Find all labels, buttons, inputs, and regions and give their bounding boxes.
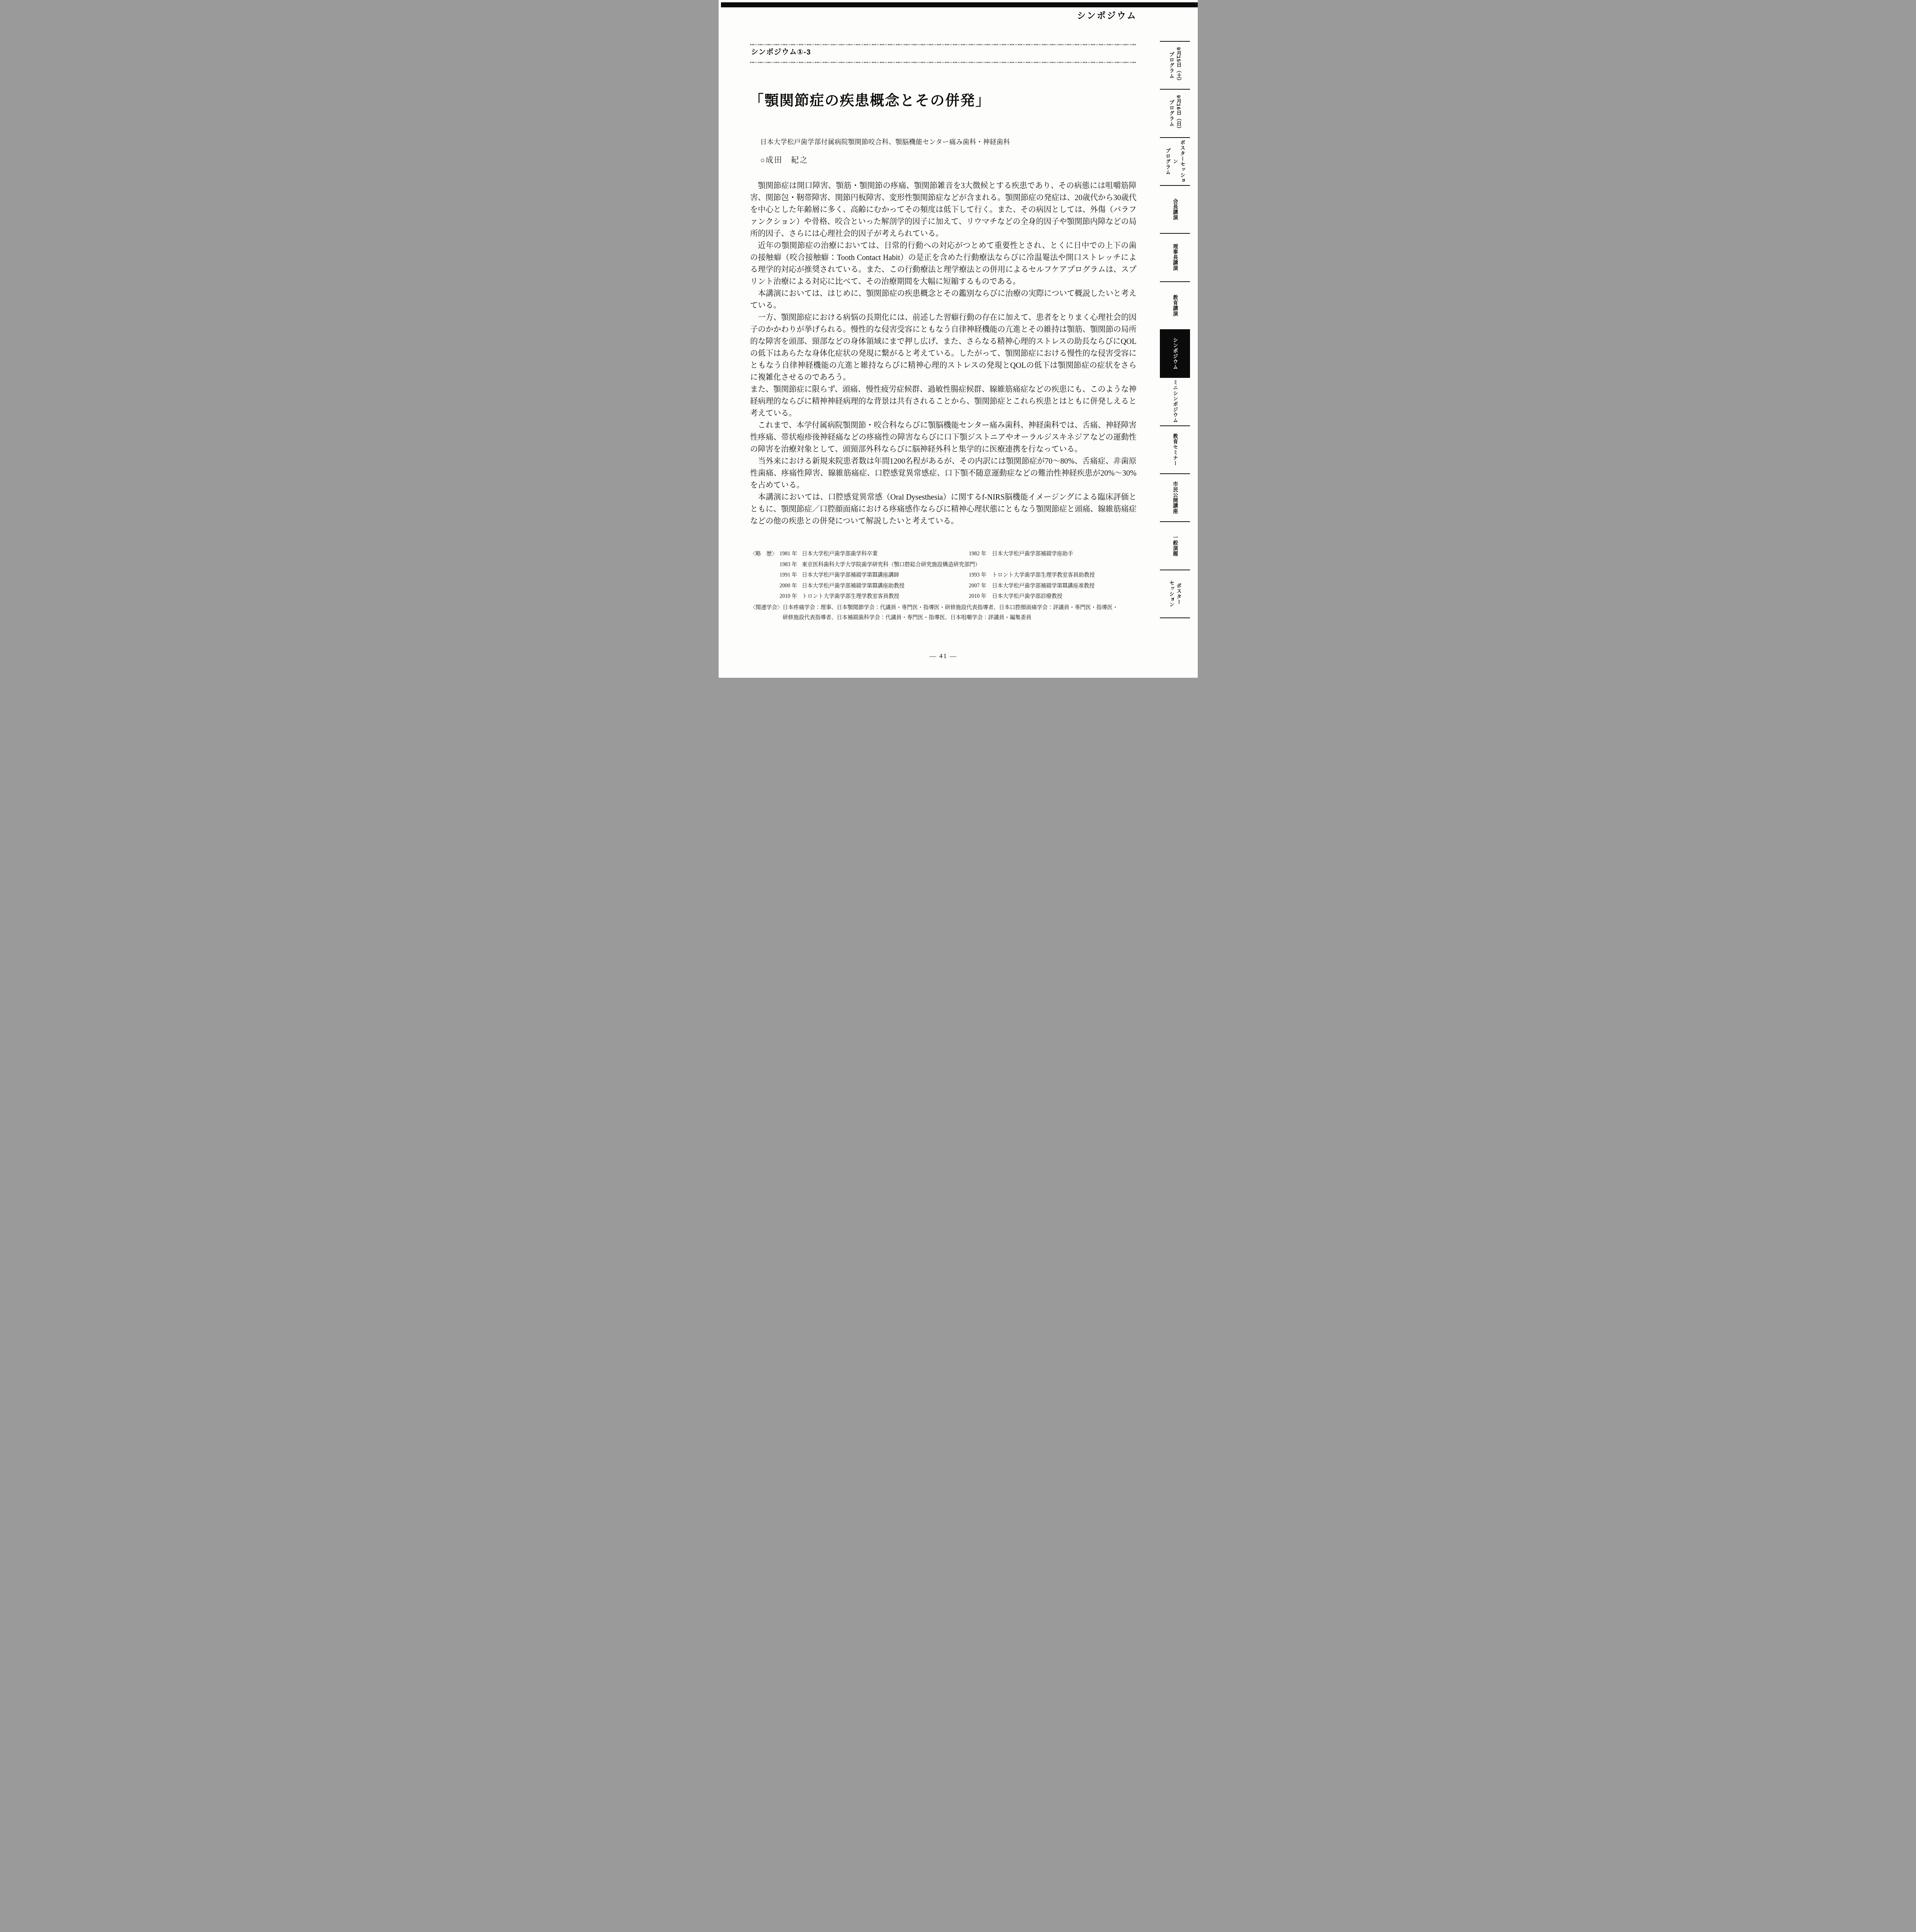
career-entry: 日本大学松戸歯学部補綴学第Ⅲ講座准教授 bbox=[992, 581, 1137, 592]
tab-presidential-lecture: 会長講演 bbox=[1160, 186, 1190, 234]
sidebar-tabs: 9月15日（土）プログラム 9月16日（日）プログラム ポスターセッションプログ… bbox=[1160, 41, 1190, 618]
societies-text: 日本疼痛学会：理事、日本顎関節学会：代議員・専門医・指導医・研修施設代表指導者、… bbox=[783, 603, 1137, 613]
societies-label: 〈関連学会〉 bbox=[750, 603, 783, 613]
career-row: 〈略 歴〉 1981 年 日本大学松戸歯学部歯学科卒業 1982 年 日本大学松… bbox=[750, 549, 1137, 560]
career-entry: 東京医科歯科大学大学院歯学研究科（顎口腔総合研究施設構造研究部門） bbox=[802, 560, 1137, 570]
abstract-title: 「顎関節症の疾患概念とその併発」 bbox=[750, 89, 991, 110]
section-label: シンポジウム①-3 bbox=[751, 46, 1137, 57]
abstract-paragraph: 当外来における新規来院患者数は年間1200名程があるが、その内訳には顎関節症が7… bbox=[750, 456, 1137, 492]
tab-symposium: シンポジウム bbox=[1160, 330, 1190, 378]
abstract-paragraph: また、顎関節症に限らず、頭痛、慢性疲労症候群、過敏性腸症候群、線維筋痛症などの疾… bbox=[750, 384, 1137, 420]
societies-line: 研修施設代表指導者、日本補綴歯科学会：代議員・専門医・指導医、日本咀嚼学会：評議… bbox=[750, 613, 1137, 623]
career-row: 1991 年 日本大学松戸歯学部補綴学第Ⅲ講座講師 1993 年 トロント大学歯… bbox=[750, 570, 1137, 581]
related-societies: 〈関連学会〉 日本疼痛学会：理事、日本顎関節学会：代議員・専門医・指導医・研修施… bbox=[750, 603, 1137, 623]
societies-text: 研修施設代表指導者、日本補綴歯科学会：代議員・専門医・指導医、日本咀嚼学会：評議… bbox=[783, 613, 1137, 623]
page-header-tab: シンポジウム bbox=[1077, 9, 1137, 21]
section-header: シンポジウム①-3 bbox=[750, 44, 1137, 63]
career-entry: 日本大学松戸歯学部補綴学座助手 bbox=[992, 549, 1137, 560]
abstract-paragraph: これまで、本学付属病院顎関節・咬合科ならびに顎脳機能センター痛み歯科、神経歯科で… bbox=[750, 420, 1137, 456]
career-label: 〈略 歴〉 bbox=[750, 549, 780, 560]
tab-program-sep15: 9月15日（土）プログラム bbox=[1160, 42, 1190, 90]
career-year: 1993 年 bbox=[969, 570, 992, 581]
dotted-rule-bottom bbox=[750, 62, 1137, 63]
tab-poster-session-program: ポスターセッションプログラム bbox=[1160, 138, 1190, 186]
tab-label: ポスターセッションプログラム bbox=[1164, 139, 1186, 184]
abstract-paragraph: 顎関節症は開口障害、顎筋・顎関節の疼痛、顎関節雑音を3大徴候とする疾患であり、そ… bbox=[750, 180, 1137, 240]
dotted-rule-top bbox=[750, 44, 1137, 45]
career-entry: 日本大学松戸歯学部歯学科卒業 bbox=[802, 549, 969, 560]
tab-label: 9月16日（日）プログラム bbox=[1168, 95, 1182, 132]
tab-board-chair-lecture: 理事長講演 bbox=[1160, 234, 1190, 282]
top-black-bar bbox=[721, 2, 1198, 7]
career-entry: 日本大学松戸歯学部補綴学第Ⅲ講座講師 bbox=[802, 570, 969, 581]
career-year: 2010 年 bbox=[969, 591, 992, 602]
tab-label: 一般演題 bbox=[1171, 535, 1178, 556]
page-number: ― 41 ― bbox=[750, 652, 1137, 660]
career-year: 2010 年 bbox=[780, 591, 802, 602]
career-row: 1983 年 東京医科歯科大学大学院歯学研究科（顎口腔総合研究施設構造研究部門） bbox=[750, 560, 1137, 570]
tab-label: シンポジウム bbox=[1171, 337, 1178, 370]
abstract-paragraph: 本講演においては、口腔感覚異常感（Oral Dysesthesia）に関するf-… bbox=[750, 492, 1137, 527]
presenter-name: ○成田 紀之 bbox=[760, 154, 808, 165]
tab-label: 市民公開講座 bbox=[1171, 481, 1178, 514]
tab-label: 理事長講演 bbox=[1171, 244, 1178, 271]
abstract-paragraph: 一方、顎関節症における病悩の長期化には、前述した習癖行動の存在に加えて、患者をと… bbox=[750, 312, 1137, 384]
career-year: 2007 年 bbox=[969, 581, 992, 592]
abstract-body: 顎関節症は開口障害、顎筋・顎関節の疼痛、顎関節雑音を3大徴候とする疾患であり、そ… bbox=[750, 180, 1137, 527]
tab-public-open-lecture: 市民公開講座 bbox=[1160, 474, 1190, 522]
career-row: 2000 年 日本大学松戸歯学部補綴学第Ⅲ講座助教授 2007 年 日本大学松戸… bbox=[750, 581, 1137, 592]
career-year: 2000 年 bbox=[780, 581, 802, 592]
affiliation: 日本大学松戸歯学部付属病院顎関節咬合科、顎脳機能センター痛み歯科・神経歯科 bbox=[760, 136, 1010, 146]
career-entry: 日本大学松戸歯学部補綴学第Ⅲ講座助教授 bbox=[802, 581, 969, 592]
career-year: 1983 年 bbox=[780, 560, 802, 570]
tab-educational-seminar: 教育セミナー bbox=[1160, 426, 1190, 474]
societies-line: 〈関連学会〉 日本疼痛学会：理事、日本顎関節学会：代議員・専門医・指導医・研修施… bbox=[750, 603, 1137, 613]
tab-mini-symposium: ミニシンポジウム bbox=[1160, 378, 1190, 426]
career-entry: トロント大学歯学部生理学教室客員教授 bbox=[802, 591, 969, 602]
page: シンポジウム シンポジウム①-3 「顎関節症の疾患概念とその併発」 日本大学松戸… bbox=[719, 0, 1198, 678]
career-entry: 日本大学松戸歯学部診療教授 bbox=[992, 591, 1137, 602]
tab-label: 教育講演 bbox=[1171, 295, 1178, 316]
career-year: 1982 年 bbox=[969, 549, 992, 560]
tab-label: 教育セミナー bbox=[1171, 434, 1178, 466]
career-year: 1991 年 bbox=[780, 570, 802, 581]
career-row: 2010 年 トロント大学歯学部生理学教室客員教授 2010 年 日本大学松戸歯… bbox=[750, 591, 1137, 602]
tab-program-sep16: 9月16日（日）プログラム bbox=[1160, 90, 1190, 138]
career-history: 〈略 歴〉 1981 年 日本大学松戸歯学部歯学科卒業 1982 年 日本大学松… bbox=[750, 549, 1137, 602]
tab-label: ミニシンポジウム bbox=[1171, 380, 1178, 423]
tab-label: 9月15日（土）プログラム bbox=[1168, 47, 1182, 84]
tab-label: ポスターセッション bbox=[1168, 580, 1182, 607]
career-entry: トロント大学歯学部生理学教室客員助教授 bbox=[992, 570, 1137, 581]
tab-educational-lecture: 教育講演 bbox=[1160, 282, 1190, 330]
career-year: 1981 年 bbox=[780, 549, 802, 560]
abstract-paragraph: 近年の顎関節症の治療においては、日常的行動への対応がつとめて重要性とされ、とくに… bbox=[750, 240, 1137, 288]
tab-label: 会長講演 bbox=[1171, 199, 1178, 220]
abstract-paragraph: 本講演においては、はじめに、顎関節症の疾患概念とその鑑別ならびに治療の実際につい… bbox=[750, 288, 1137, 312]
tab-poster-session: ポスターセッション bbox=[1160, 570, 1190, 618]
tab-general-presentations: 一般演題 bbox=[1160, 522, 1190, 570]
